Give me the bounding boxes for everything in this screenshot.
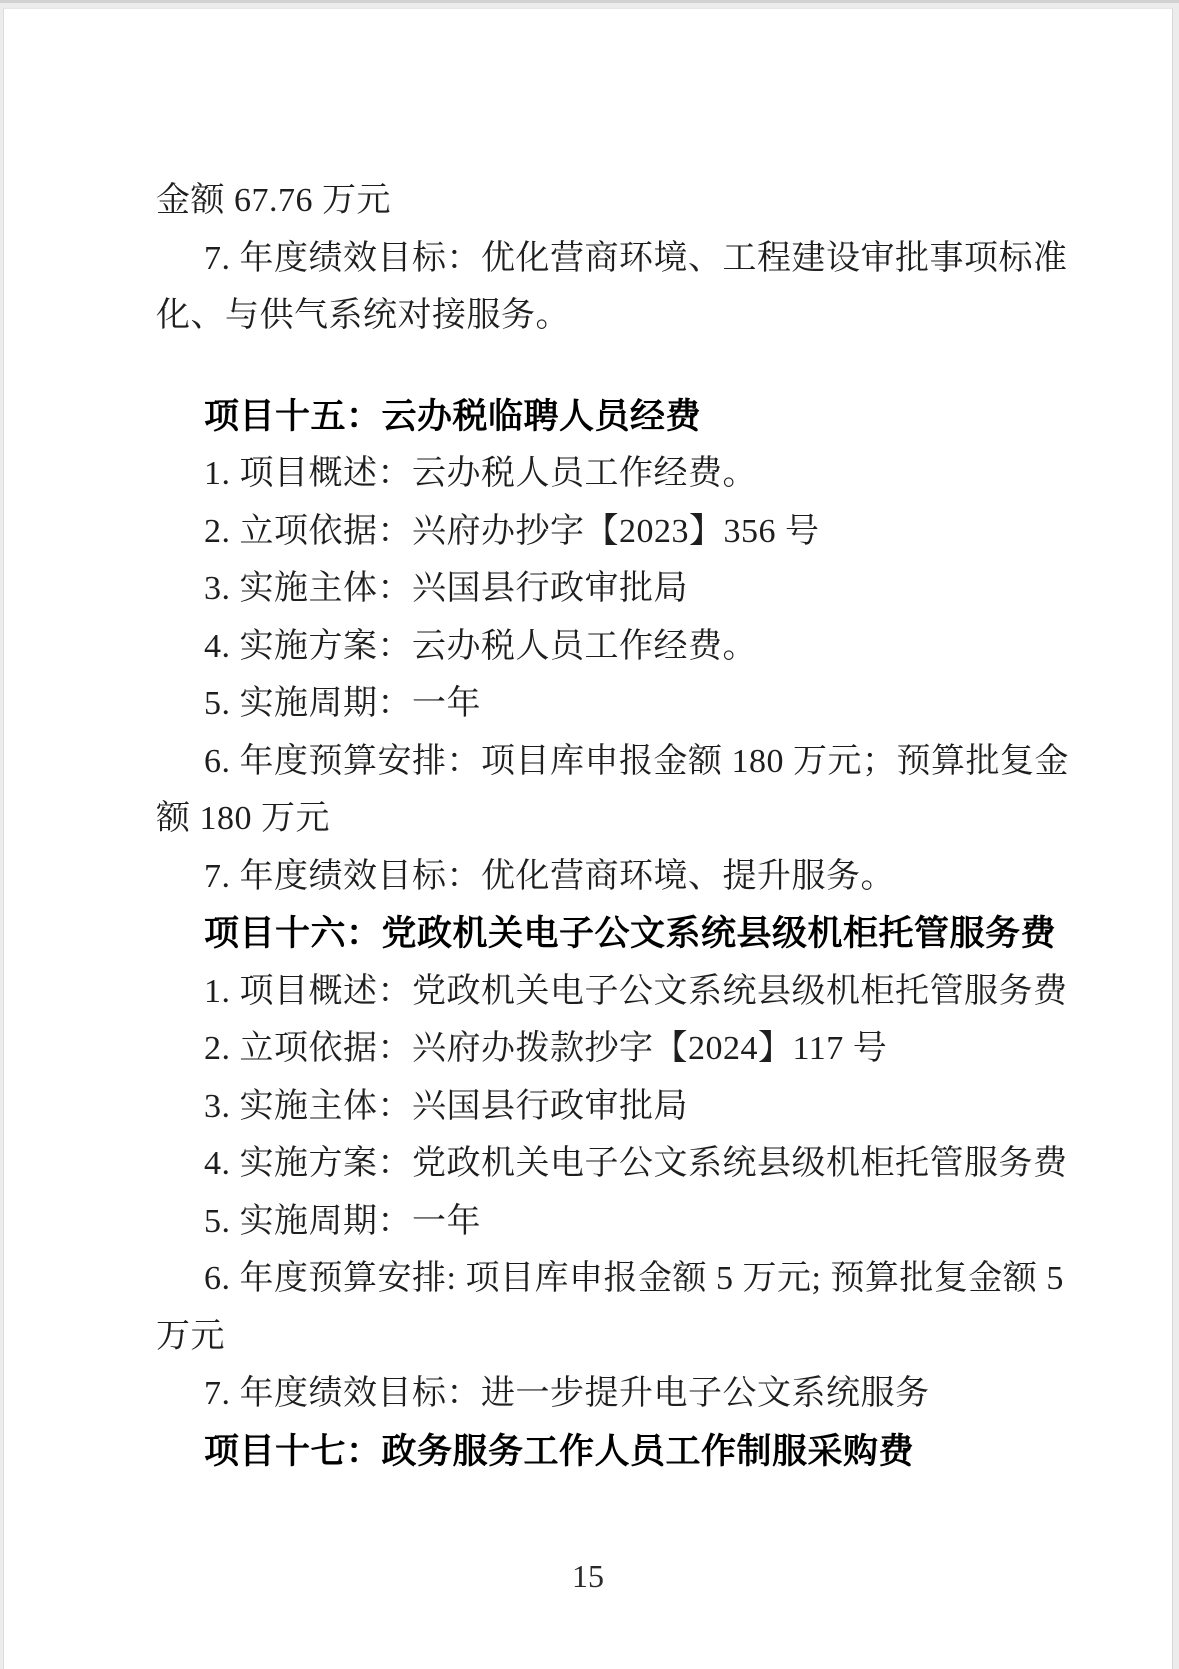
text-line: 2. 立项依据：兴府办拨款抄字【2024】117 号 <box>156 1020 1032 1078</box>
text-line: 万元 <box>156 1308 1032 1366</box>
text-line: 金额 67.76 万元 <box>156 172 1032 230</box>
text-line: 2. 立项依据：兴府办抄字【2023】356 号 <box>156 503 1032 561</box>
text-line: 6. 年度预算安排：项目库申报金额 180 万元；预算批复金 <box>156 733 1032 791</box>
text-line: 7. 年度绩效目标：优化营商环境、提升服务。 <box>156 848 1032 906</box>
text-line: 7. 年度绩效目标：进一步提升电子公文系统服务 <box>156 1365 1032 1423</box>
viewer-top-edge <box>0 0 1179 3</box>
text-line: 1. 项目概述：党政机关电子公文系统县级机柜托管服务费 <box>156 963 1032 1021</box>
section-heading: 项目十五：云办税临聘人员经费 <box>156 388 1032 446</box>
text-line: 额 180 万元 <box>156 790 1032 848</box>
section-heading: 项目十六：党政机关电子公文系统县级机柜托管服务费 <box>156 905 1032 963</box>
document-page: 金额 67.76 万元7. 年度绩效目标：优化营商环境、工程建设审批事项标准化、… <box>3 8 1173 1669</box>
text-line: 5. 实施周期：一年 <box>156 1193 1032 1251</box>
text-line: 1. 项目概述：云办税人员工作经费。 <box>156 445 1032 503</box>
text-line: 6. 年度预算安排: 项目库申报金额 5 万元; 预算批复金额 5 <box>156 1250 1032 1308</box>
text-line: 3. 实施主体：兴国县行政审批局 <box>156 560 1032 618</box>
paragraph-spacer <box>156 345 1032 388</box>
text-line: 7. 年度绩效目标：优化营商环境、工程建设审批事项标准 <box>156 230 1032 288</box>
section-heading: 项目十七：政务服务工作人员工作制服采购费 <box>156 1423 1032 1481</box>
page-number: 15 <box>4 1554 1172 1599</box>
text-line: 3. 实施主体：兴国县行政审批局 <box>156 1078 1032 1136</box>
text-line: 4. 实施方案：云办税人员工作经费。 <box>156 618 1032 676</box>
document-text-block: 金额 67.76 万元7. 年度绩效目标：优化营商环境、工程建设审批事项标准化、… <box>156 172 1032 1480</box>
text-line: 化、与供气系统对接服务。 <box>156 287 1032 345</box>
text-line: 4. 实施方案：党政机关电子公文系统县级机柜托管服务费 <box>156 1135 1032 1193</box>
text-line: 5. 实施周期：一年 <box>156 675 1032 733</box>
